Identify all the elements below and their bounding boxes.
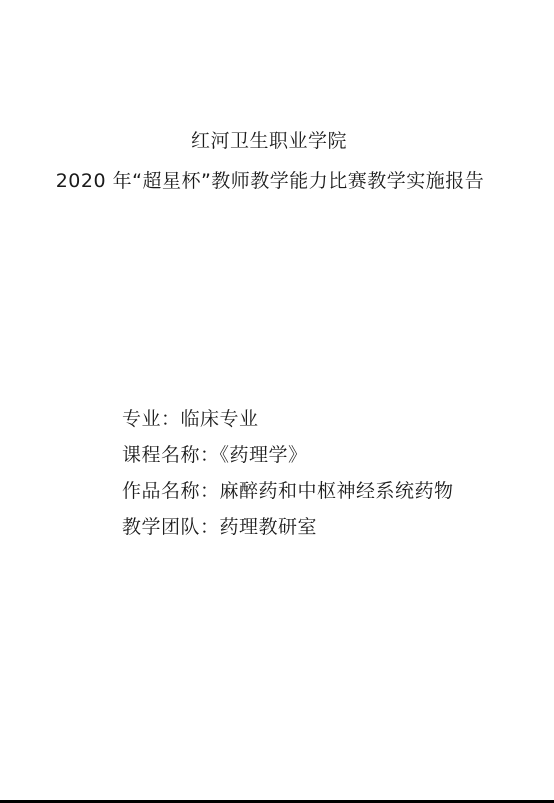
info-line-major: 专业：临床专业 <box>122 401 454 437</box>
info-line-team: 教学团队：药理教研室 <box>122 509 454 545</box>
info-line-course: 课程名称：《药理学》 <box>122 437 454 473</box>
cover-page: 红河卫生职业学院 2020 年“超星杯”教师教学能力比赛教学实施报告 专业：临床… <box>0 0 554 800</box>
info-value: 药理教研室 <box>220 516 318 538</box>
info-label: 教学团队： <box>122 516 220 538</box>
cover-info-block: 专业：临床专业 课程名称：《药理学》 作品名称：麻醉药和中枢神经系统药物 教学团… <box>122 401 454 545</box>
info-label: 作品名称： <box>122 480 220 502</box>
info-label: 课程名称： <box>122 444 220 466</box>
info-value: 麻醉药和中枢神经系统药物 <box>220 480 454 502</box>
info-line-work-title: 作品名称：麻醉药和中枢神经系统药物 <box>122 473 454 509</box>
info-value: 《药理学》 <box>220 444 308 466</box>
report-title: 2020 年“超星杯”教师教学能力比赛教学实施报告 <box>0 169 547 193</box>
info-label: 专业： <box>122 408 181 430</box>
info-value: 临床专业 <box>181 408 259 430</box>
institution-title: 红河卫生职业学院 <box>0 129 546 153</box>
